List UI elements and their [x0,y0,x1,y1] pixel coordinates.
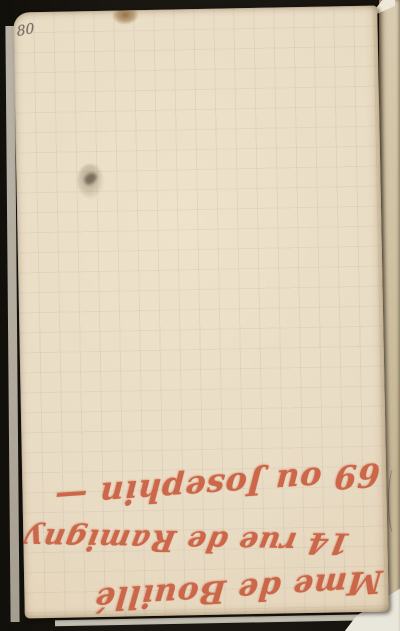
handwriting-note: Mme de Bouillé 14 rue de Ramigny 69 ou J… [25,423,385,616]
scan-backdrop: 80 Mme de Bouillé 14 rue de Ramigny 69 o… [0,0,400,631]
notebook-page: 80 Mme de Bouillé 14 rue de Ramigny 69 o… [13,6,389,619]
handwriting-line: 14 rue de Ramigny [24,522,352,561]
smudge-stain-core [83,170,99,186]
page-number-pencil: 80 [16,21,35,40]
handwriting-line: 69 ou Josephin — [26,455,382,519]
pencil-arc-mark [388,466,400,536]
